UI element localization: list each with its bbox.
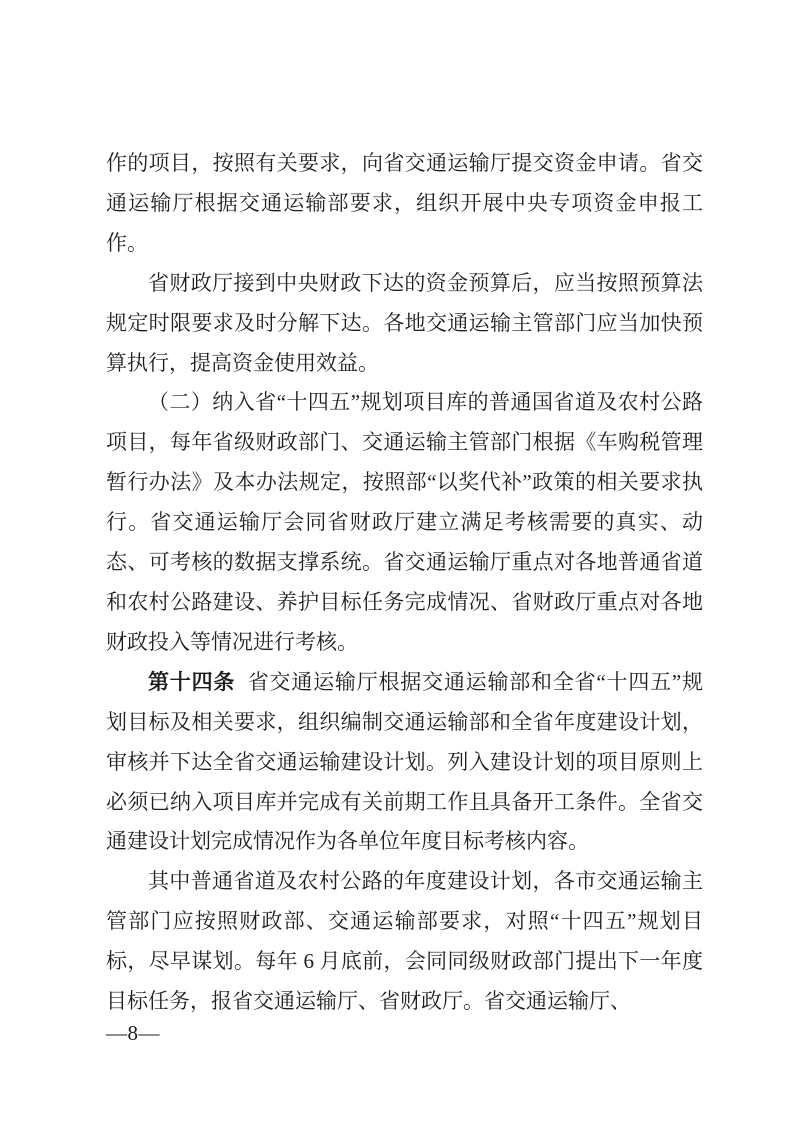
document-body: 作的项目，按照有关要求，向省交通运输厅提交资金申请。省交通运输厅根据交通运输部要…: [106, 144, 703, 1022]
body-paragraph: 作的项目，按照有关要求，向省交通运输厅提交资金申请。省交通运输厅根据交通运输部要…: [106, 144, 703, 264]
article-body-text: 省交通运输厅根据交通运输部和全省“十四五”规划目标及相关要求，组织编制交通运输部…: [106, 670, 703, 854]
body-paragraph-article-14: 第十四条省交通运输厅根据交通运输部和全省“十四五”规划目标及相关要求，组织编制交…: [106, 663, 703, 863]
body-paragraph: （二）纳入省“十四五”规划项目库的普通国省道及农村公路项目，每年省级财政部门、交…: [106, 383, 703, 662]
document-page: 作的项目，按照有关要求，向省交通运输厅提交资金申请。省交通运输厅根据交通运输部要…: [0, 0, 793, 1122]
article-number-label: 第十四条: [148, 670, 235, 694]
body-paragraph: 其中普通省道及农村公路的年度建设计划，各市交通运输主管部门应按照财政部、交通运输…: [106, 862, 703, 1022]
body-paragraph: 省财政厅接到中央财政下达的资金预算后，应当按照预算法规定时限要求及时分解下达。各…: [106, 264, 703, 384]
page-number: —8—: [106, 1013, 160, 1053]
